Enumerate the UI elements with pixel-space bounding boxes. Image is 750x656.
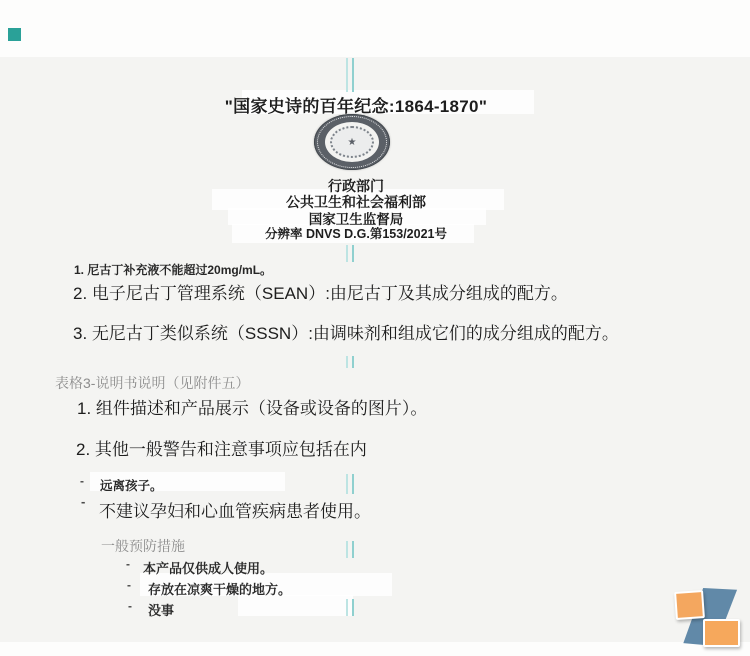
logo-orange-rectangle <box>703 619 740 647</box>
scan-artifact <box>238 595 353 616</box>
teal-line-artifact <box>346 541 354 558</box>
teal-line-artifact <box>346 356 354 368</box>
logo-orange-square <box>674 590 705 620</box>
list-item: 3. 无尼古丁类似系统（SSSN）:由调味剂和组成它们的成分组成的配方。 <box>73 319 619 344</box>
bullet-dash: - <box>80 474 84 488</box>
teal-line-artifact <box>346 474 354 494</box>
bullet-item: 不建议孕妇和心血管疾病患者使用。 <box>99 497 371 522</box>
z-watermark-logo <box>675 588 739 646</box>
list-item: 1. 尼古丁补充液不能超过20mg/mL。 <box>74 261 272 278</box>
corner-marker-square <box>8 28 21 41</box>
scanned-document-page: "国家史诗的百年纪念:1864-1870" ★ 行政部门 公共卫生和社会福利部 … <box>0 0 750 656</box>
bullet-dash: - <box>81 494 85 509</box>
paraguay-seal: ★ <box>314 114 390 170</box>
bullet-item: 没事 <box>148 600 174 619</box>
bullet-item: 本产品仅供成人使用。 <box>143 558 273 577</box>
bullet-item: 远离孩子。 <box>100 476 163 494</box>
bullet-dash: - <box>128 599 132 613</box>
list-item: 1. 组件描述和产品展示（设备或设备的图片）。 <box>77 394 427 419</box>
teal-line-artifact <box>346 245 354 262</box>
teal-line-artifact <box>346 58 354 92</box>
bullet-dash: - <box>127 578 131 592</box>
list-item: 2. 电子尼古丁管理系统（SEAN）:由尼古丁及其成分组成的配方。 <box>73 279 568 304</box>
subsection-heading: 一般预防措施 <box>101 536 185 556</box>
header-resolution-number: 分辨率 DNVS D.G.第153/2021号 <box>0 224 712 242</box>
seal-star-icon: ★ <box>314 114 390 170</box>
section-heading: 表格3-说明书说明（见附件五） <box>55 373 249 393</box>
bullet-item: 存放在凉爽干燥的地方。 <box>148 579 291 598</box>
bullet-dash: - <box>126 557 130 571</box>
teal-line-artifact <box>346 599 354 616</box>
list-item: 2. 其他一般警告和注意事项应包括在内 <box>76 435 367 460</box>
